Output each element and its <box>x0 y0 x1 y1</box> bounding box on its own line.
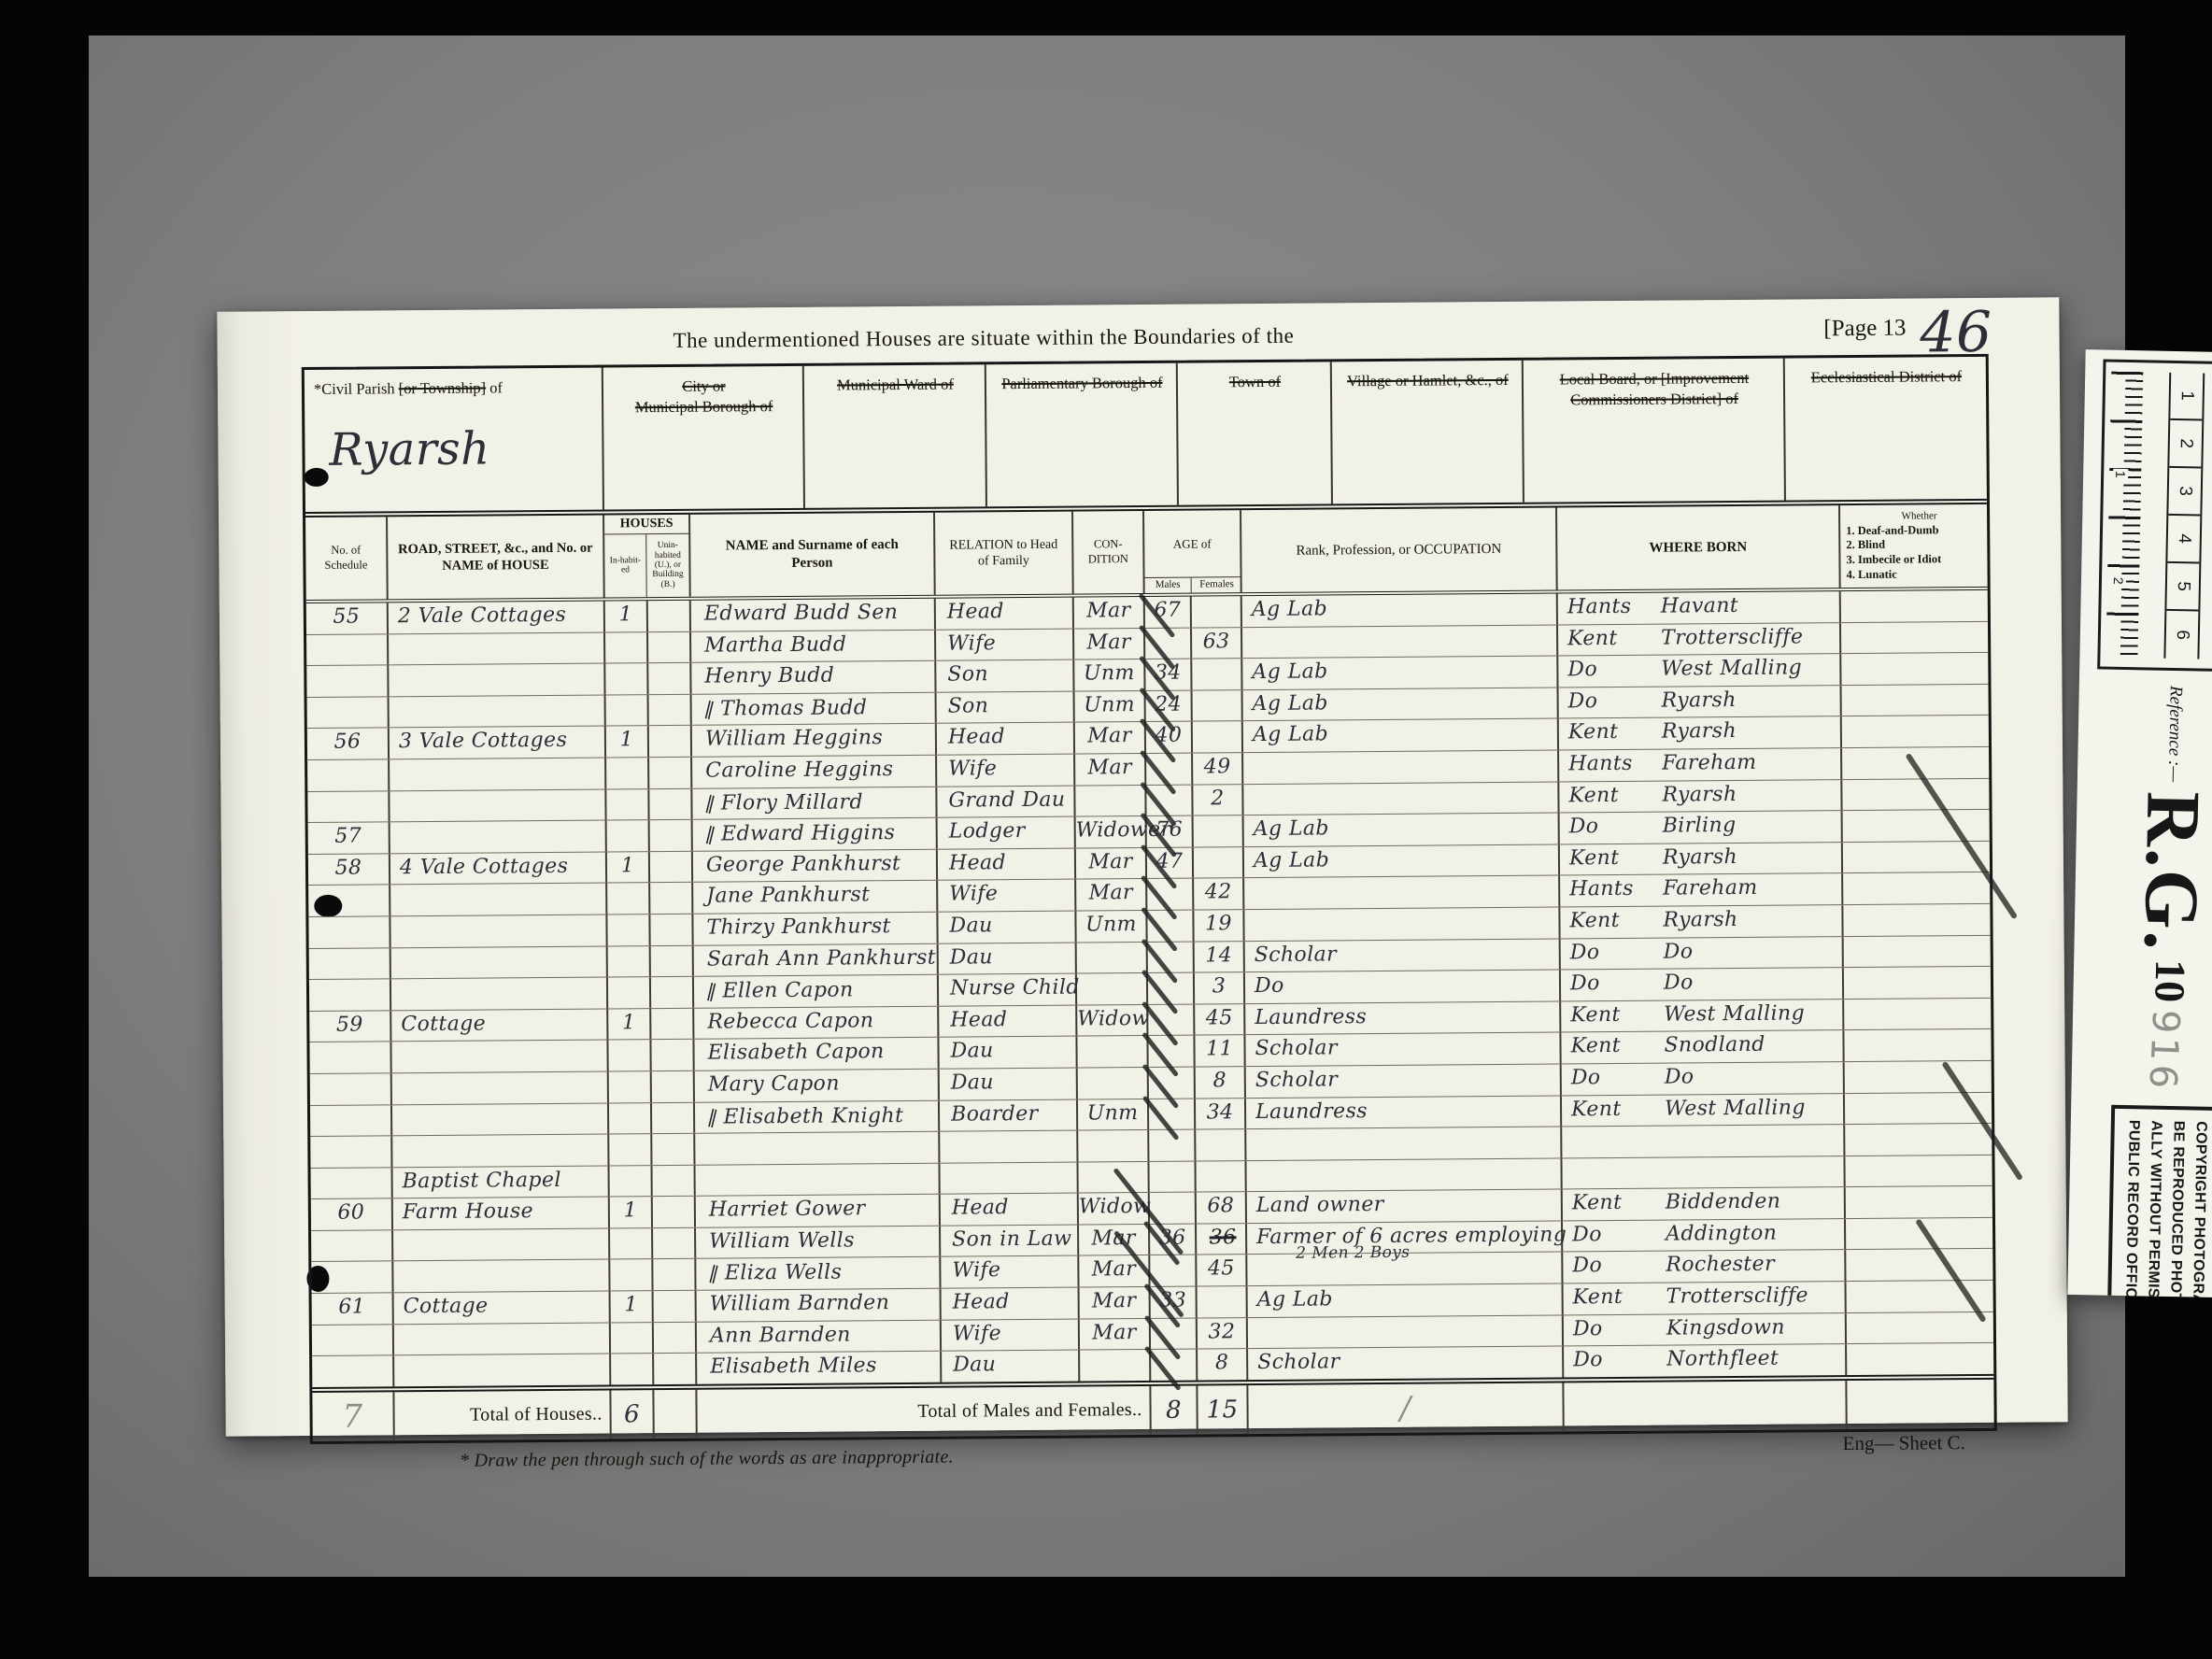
born-place: Trotterscliffe <box>1666 1283 1808 1308</box>
born-county: Kent <box>1569 844 1663 872</box>
cell-age-female: 14 <box>1195 942 1245 972</box>
cell-where-born: DoBirling <box>1560 811 1843 844</box>
cell-name: Caroline Heggins <box>692 756 937 788</box>
cell-condition <box>1077 942 1148 972</box>
cell-age-male: 24 <box>1146 690 1193 721</box>
census-page: The undermentioned Houses are situate wi… <box>217 297 2067 1436</box>
cell-inhabited <box>607 820 650 851</box>
cell-inhabited: 1 <box>605 601 648 631</box>
occupation-value: Ag Lab <box>1257 1287 1333 1312</box>
cell-where-born: KentWest Malling <box>1562 1094 1845 1127</box>
cell-schedule <box>307 759 390 790</box>
header-uninhabited: Unin-habited (U.), or Building (B.) <box>646 533 689 597</box>
cell-age-female: 42 <box>1194 878 1244 909</box>
born-county: Kent <box>1568 718 1662 747</box>
cell-relation: Boarder <box>940 1099 1078 1131</box>
cell-age-female <box>1193 722 1243 753</box>
census-rows: 552 Vale Cottages1Edward Budd SenHeadMar… <box>306 590 1994 1387</box>
cell-condition <box>1075 786 1146 816</box>
cell-where-born: DoDo <box>1562 1062 1845 1095</box>
person-name: William Barnden <box>710 1291 890 1316</box>
cell-name: Thirzy Pankhurst <box>693 913 938 945</box>
struck-label: Commissioners District] of <box>1533 389 1776 411</box>
born-place: Snodland <box>1664 1033 1765 1057</box>
total-females: 15 <box>1198 1385 1248 1434</box>
born-place: Ryarsh <box>1663 845 1737 870</box>
ruler-number: 4 <box>2167 516 2200 564</box>
occupation-value: Ag Lab <box>1253 691 1328 716</box>
cell-road: Cottage <box>394 1292 611 1324</box>
header-disab-title: Whether <box>1846 510 1992 524</box>
civil-parish-label: *Civil Parish [or Township] of <box>314 377 594 401</box>
cell-inhabited <box>607 883 650 914</box>
cell-where-born: KentWest Malling <box>1561 1000 1844 1032</box>
person-name: Harriet Gower <box>709 1198 866 1222</box>
cell-inhabited <box>606 695 649 726</box>
cell-age-female: 2 <box>1193 785 1243 815</box>
table-header: No. of Schedule ROAD, STREET, &c., and N… <box>305 504 1988 603</box>
cell-disabilities <box>1841 590 1993 622</box>
cell-road: Farm House <box>393 1198 610 1229</box>
cell-schedule <box>311 1230 393 1261</box>
cell-condition: Unm <box>1076 911 1147 942</box>
age-female-value: 42 <box>1205 881 1232 904</box>
born-place: Ryarsh <box>1663 908 1737 932</box>
cell-inhabited: 1 <box>607 852 650 883</box>
header-age: AGE of Males Females <box>1144 510 1242 593</box>
cell-relation: Grand Dau <box>937 786 1075 817</box>
born-county: Do <box>1570 938 1664 967</box>
pro-card-content: PUBLIC RECORD OFFICE 1 2 3 4 5 6 1 2 Ref… <box>2067 349 2212 1298</box>
born-place: Do <box>1665 1065 1694 1088</box>
cell-uninhabited <box>652 1102 695 1133</box>
person-name: Henry Budd <box>704 664 834 688</box>
born-county <box>1571 1146 1665 1147</box>
header-houses-sub: In-habit-ed Unin-habited (U.), or Buildi… <box>604 533 689 597</box>
person-name: Edward Higgins <box>721 821 895 845</box>
cell-relation: Dau <box>939 943 1077 974</box>
cell-where-born: KentSnodland <box>1561 1030 1844 1063</box>
cell-road <box>390 695 606 727</box>
cell-uninhabited <box>649 726 692 757</box>
ruler-number: 3 <box>2168 468 2201 517</box>
cell-condition: Unm <box>1078 1099 1149 1129</box>
born-place: Fareham <box>1662 751 1757 775</box>
cell-where-born: KentBiddenden <box>1563 1187 1846 1220</box>
district-struck-cell: Parliamentary Borough of <box>986 363 1179 507</box>
pro-reference-card: PUBLIC RECORD OFFICE 1 2 3 4 5 6 1 2 Ref… <box>2067 349 2212 1298</box>
cell-name: Elisabeth Miles <box>697 1352 942 1384</box>
boundaries-note: The undermentioned Houses are situate wi… <box>673 324 1294 353</box>
age-female-value: 11 <box>1206 1038 1233 1061</box>
cell-age-female: 45 <box>1195 1004 1245 1035</box>
cell-schedule <box>312 1325 394 1355</box>
cell-condition: Unm <box>1075 691 1146 722</box>
cell-schedule <box>310 1105 392 1136</box>
struck-label: Ecclesiastical District of <box>1794 366 1978 389</box>
cell-condition: Mar <box>1076 879 1147 910</box>
cell-name: Harriet Gower <box>696 1195 941 1227</box>
struck-label: Municipal Ward of <box>814 374 977 396</box>
household-end-mark: ∥ <box>704 976 720 1006</box>
age-female-value: 68 <box>1207 1195 1234 1218</box>
district-struck-cell: Municipal Ward of <box>804 364 987 508</box>
cell-name: ∥Thomas Budd <box>692 693 937 726</box>
born-county: Do <box>1567 656 1661 685</box>
cell-uninhabited <box>651 945 694 976</box>
cell-schedule <box>312 1356 394 1387</box>
cell-occupation: Ag Lab <box>1244 814 1560 846</box>
cell-occupation: Ag Lab <box>1248 1284 1564 1317</box>
cell-age-female <box>1198 1286 1248 1317</box>
cell-occupation: Scholar <box>1245 1033 1561 1066</box>
ruler-inch-number: 1 <box>2114 469 2129 480</box>
cell-occupation <box>1248 1315 1564 1348</box>
cell-age-male <box>1147 911 1194 942</box>
cell-schedule <box>309 1042 391 1073</box>
header-disab-2: 2. Blind <box>1846 537 1992 553</box>
cell-road: 2 Vale Cottages <box>389 602 605 633</box>
footnote: * Draw the pen through such of the words… <box>460 1446 954 1471</box>
cell-inhabited <box>607 915 650 945</box>
struck-label: City or <box>613 376 795 398</box>
age-female-value: 8 <box>1212 1069 1227 1092</box>
cell-age-female: 3 <box>1195 972 1245 1003</box>
cell-age-male <box>1145 628 1192 659</box>
cell-occupation <box>1243 750 1559 783</box>
cell-occupation: Laundress <box>1245 1001 1561 1034</box>
cell-name: Edward Budd Sen <box>691 599 936 631</box>
cell-occupation <box>1244 876 1560 909</box>
cell-age-male: 33 <box>1151 1287 1198 1318</box>
cell-age-male: 34 <box>1145 659 1192 690</box>
cell-relation: Nurse Child <box>939 974 1077 1006</box>
born-place: Birling <box>1663 814 1737 838</box>
born-county: Kent <box>1572 1189 1666 1218</box>
person-name: Eliza Wells <box>725 1261 843 1285</box>
header-age-sub: Males Females <box>1145 576 1241 593</box>
cell-disabilities <box>1843 872 1995 904</box>
cell-occupation: Ag Lab <box>1243 688 1559 720</box>
cell-inhabited <box>606 789 649 820</box>
cell-name: Jane Pankhurst <box>693 881 938 914</box>
cell-relation: Wife <box>936 629 1074 660</box>
cell-where-born: DoAddington <box>1563 1219 1846 1252</box>
born-county: Do <box>1569 813 1663 842</box>
cell-disabilities <box>1843 904 1995 936</box>
cell-condition: Mar <box>1080 1319 1151 1350</box>
cell-schedule <box>310 1136 392 1167</box>
header-condition-line1: CON- <box>1073 537 1142 552</box>
cell-name <box>695 1132 940 1165</box>
civil-parish-value: Ryarsh <box>329 422 489 475</box>
cell-where-born: HantsHavant <box>1558 591 1841 624</box>
district-struck-cell: Village or Hamlet, &c., of <box>1332 361 1524 504</box>
cell-condition <box>1077 973 1148 1004</box>
born-county: Do <box>1573 1314 1666 1343</box>
district-struck-cell: Town of <box>1178 362 1333 504</box>
cell-name: Martha Budd <box>691 630 936 662</box>
series-code: R.G. <box>2127 790 2212 953</box>
cell-relation: Son <box>936 660 1074 692</box>
cell-inhabited: 1 <box>608 1009 651 1040</box>
cell-where-born: KentRyarsh <box>1560 905 1843 938</box>
cell-road <box>392 1103 609 1135</box>
person-name: Ann Barnden <box>710 1323 851 1347</box>
cell-name: Elisabeth Capon <box>694 1038 939 1071</box>
cell-name: ∥Ellen Capon <box>694 975 939 1008</box>
cell-relation: Son in Law <box>941 1225 1079 1256</box>
cell-schedule <box>310 1073 392 1104</box>
person-name: Rebecca Capon <box>707 1009 873 1033</box>
struck-age: 36 <box>1210 1226 1237 1249</box>
cell-schedule <box>306 666 389 697</box>
born-place: Do <box>1664 971 1694 994</box>
cell-disabilities <box>1845 1156 1997 1187</box>
born-place: Ryarsh <box>1662 688 1737 713</box>
cell-age-male: 36 <box>1150 1224 1197 1255</box>
cell-where-born: KentRyarsh <box>1559 716 1842 749</box>
cell-road <box>393 1228 610 1260</box>
cell-road <box>394 1354 611 1386</box>
person-name: Elisabeth Knight <box>723 1104 903 1129</box>
cell-age-female: 8 <box>1198 1349 1248 1380</box>
cell-condition <box>1077 1036 1148 1067</box>
born-county: Kent <box>1571 1095 1665 1124</box>
born-county: Do <box>1570 970 1664 999</box>
header-road: ROAD, STREET, &c., and No. or NAME of HO… <box>388 516 605 600</box>
occupation-value: Land owner <box>1256 1193 1384 1217</box>
born-county <box>1572 1177 1666 1178</box>
cell-name: Henry Budd <box>691 661 936 694</box>
person-name: Elisabeth Miles <box>710 1354 877 1378</box>
cell-age-female <box>1192 596 1242 627</box>
header-disabilities: Whether 1. Deaf-and-Dumb 2. Blind 3. Imb… <box>1840 504 1993 588</box>
born-county: Kent <box>1567 624 1661 653</box>
cell-disabilities <box>1844 967 1996 999</box>
age-female-value: 45 <box>1206 1006 1233 1029</box>
header-inhabited: In-habit-ed <box>604 534 647 598</box>
cell-age-female: 11 <box>1195 1035 1245 1066</box>
cell-schedule: 55 <box>306 603 389 633</box>
cell-age-female <box>1193 690 1243 721</box>
cell-road <box>390 758 606 789</box>
cell-name: William Barnden <box>697 1289 942 1322</box>
born-place: West Malling <box>1661 657 1802 681</box>
cell-age-male <box>1151 1350 1198 1381</box>
cell-age-female: 68 <box>1197 1192 1247 1223</box>
cell-age-male <box>1146 754 1193 785</box>
born-county: Kent <box>1573 1283 1666 1312</box>
born-county: Kent <box>1569 907 1663 936</box>
cell-condition: Mar <box>1075 722 1146 753</box>
cell-where-born: DoWest Malling <box>1558 654 1841 687</box>
cell-age-female: 19 <box>1194 910 1244 941</box>
born-place: Fareham <box>1663 876 1758 900</box>
cell-schedule <box>308 886 390 916</box>
cell-relation: Wife <box>942 1319 1080 1351</box>
cell-occupation <box>1246 1158 1562 1191</box>
cell-occupation <box>1247 1253 1563 1285</box>
cell-where-born: KentRyarsh <box>1560 843 1843 875</box>
cell-road: Baptist Chapel <box>393 1166 610 1198</box>
cell-where-born: HantsFareham <box>1559 748 1842 781</box>
cell-road <box>389 664 605 696</box>
cell-relation: Dau <box>942 1351 1080 1382</box>
cell-inhabited <box>611 1354 654 1384</box>
cell-uninhabited <box>652 1071 695 1102</box>
cell-relation: Lodger <box>938 817 1076 849</box>
district-struck-cell: Local Board, or [ImprovementCommissioner… <box>1524 359 1786 503</box>
cell-inhabited <box>609 1166 652 1197</box>
cell-where-born: KentTrotterscliffe <box>1564 1282 1847 1314</box>
cell-uninhabited <box>653 1197 696 1227</box>
struck-label: Town of <box>1187 371 1323 392</box>
person-name: Flory Millard <box>721 790 863 815</box>
header-disab-4: 4. Lunatic <box>1847 566 1993 582</box>
cell-age-female <box>1192 659 1242 689</box>
cell-age-male: 67 <box>1145 597 1192 628</box>
age-female-value: 3 <box>1212 974 1227 998</box>
cell-condition: Mar <box>1074 597 1145 628</box>
cell-age-male <box>1149 1067 1196 1098</box>
cell-condition <box>1078 1130 1149 1161</box>
cell-relation: Wife <box>938 880 1076 912</box>
born-place: West Malling <box>1664 1001 1805 1026</box>
cell-road <box>390 884 607 915</box>
cell-uninhabited <box>654 1322 697 1353</box>
born-county: Do <box>1573 1346 1666 1375</box>
totals-empty-cell <box>1847 1380 1999 1429</box>
person-name: Martha Budd <box>704 632 846 657</box>
cell-disabilities <box>1842 778 1994 810</box>
cell-condition: Unm <box>1074 659 1145 690</box>
occupation-value: Scholar <box>1257 1351 1340 1375</box>
person-name: Elisabeth Capon <box>707 1040 884 1064</box>
cell-disabilities <box>1844 999 1996 1030</box>
cell-where-born: DoKingsdown <box>1564 1313 1847 1346</box>
age-female-value: 45 <box>1208 1257 1235 1281</box>
cell-schedule <box>307 791 390 822</box>
born-place: Rochester <box>1666 1253 1775 1277</box>
cell-inhabited <box>608 946 651 977</box>
household-end-mark: ∥ <box>706 1258 722 1288</box>
cell-occupation: Farmer of 6 acres employing2 Men 2 Boys <box>1247 1221 1563 1254</box>
cell-disabilities <box>1847 1343 1999 1375</box>
header-name: NAME and Surname of each Person <box>690 513 936 597</box>
born-county: Hants <box>1569 875 1663 904</box>
cell-where-born <box>1562 1125 1845 1157</box>
cell-name: William Heggins <box>692 724 937 757</box>
household-end-mark: ∥ <box>702 694 717 724</box>
cell-uninhabited <box>651 1040 694 1071</box>
cell-age-male <box>1148 942 1195 972</box>
reference-label: Reference :— <box>2163 686 2186 783</box>
total-houses-value: 6 <box>611 1390 654 1439</box>
cell-road <box>391 1041 608 1072</box>
cell-uninhabited <box>649 695 692 726</box>
header-schedule: No. of Schedule <box>305 517 389 600</box>
occupation-value: Scholar <box>1255 1037 1337 1061</box>
copyright-line: PUBLIC RECORD OFFICE, LONDON <box>2118 1120 2146 1298</box>
born-place: Do <box>1664 940 1694 963</box>
header-schedule-line1: No. of <box>305 544 386 559</box>
cell-uninhabited <box>651 977 694 1008</box>
cell-uninhabited <box>653 1259 696 1290</box>
cell-road: Cottage <box>391 1009 608 1041</box>
cell-age-female <box>1196 1161 1246 1192</box>
cell-relation: Wife <box>937 755 1075 787</box>
born-county: Kent <box>1570 1000 1664 1029</box>
person-name: William Heggins <box>705 727 883 751</box>
cell-road <box>393 1260 610 1292</box>
total-houses-label: Total of Houses.. <box>394 1390 611 1440</box>
cell-name: ∥Edward Higgins <box>693 818 938 851</box>
cell-disabilities <box>1841 621 1993 653</box>
cell-road <box>391 946 608 978</box>
cell-age-male <box>1149 1161 1196 1192</box>
cell-inhabited <box>611 1323 654 1354</box>
occupation-value: Ag Lab <box>1253 723 1328 747</box>
cell-inhabited <box>609 1103 652 1134</box>
ruler-inch-number: 2 <box>2111 575 2126 587</box>
occupation-value: Ag Lab <box>1254 817 1329 842</box>
totals-empty-cell <box>1564 1381 1847 1431</box>
cell-occupation: Ag Lab <box>1242 657 1558 689</box>
cell-disabilities <box>1843 810 1995 842</box>
born-county: Kent <box>1568 781 1662 810</box>
cell-name: Ann Barnden <box>697 1320 942 1353</box>
cell-road <box>389 632 605 664</box>
age-female-value: 2 <box>1211 787 1225 810</box>
cell-age-male <box>1147 879 1194 910</box>
cell-uninhabited <box>648 631 691 662</box>
cell-inhabited <box>609 1134 652 1165</box>
header-disab-3: 3. Imbecile or Idiot <box>1846 552 1992 568</box>
cell-where-born: DoDo <box>1561 968 1844 1000</box>
cell-inhabited <box>608 1040 651 1071</box>
cell-relation: Wife <box>941 1256 1079 1288</box>
district-band: *Civil Parish [or Township] ofRyarshCity… <box>305 357 1987 518</box>
occupation-value: Laundress <box>1255 1099 1368 1124</box>
cell-name: George Pankhurst <box>693 849 938 882</box>
cell-age-female: 36 <box>1197 1224 1247 1255</box>
cell-road <box>390 789 606 821</box>
cell-disabilities <box>1842 716 1994 747</box>
born-county: Do <box>1572 1252 1666 1281</box>
cell-uninhabited <box>648 663 691 694</box>
person-name: Jane Pankhurst <box>706 884 870 908</box>
cell-condition <box>1078 1162 1149 1193</box>
cell-age-male <box>1148 973 1195 1004</box>
occupation-value: Ag Lab <box>1252 597 1327 621</box>
cell-inhabited <box>610 1228 653 1259</box>
cell-condition: Mar <box>1074 629 1145 659</box>
person-name: Sarah Ann Pankhurst <box>707 945 936 971</box>
cell-road <box>391 978 608 1010</box>
cell-where-born: DoDo <box>1561 937 1844 970</box>
cell-relation: Head <box>941 1194 1079 1226</box>
cell-condition: Widow <box>1077 1005 1148 1036</box>
age-female-value: 34 <box>1207 1100 1234 1124</box>
occupation-value: Ag Lab <box>1254 848 1329 872</box>
cell-condition: Widow <box>1079 1193 1150 1224</box>
pencil-total-mark: 7 <box>312 1392 394 1441</box>
cell-age-female: 63 <box>1192 628 1242 659</box>
born-place: Ryarsh <box>1662 783 1737 807</box>
person-name: Thomas Budd <box>720 696 867 720</box>
cell-occupation <box>1244 907 1560 940</box>
